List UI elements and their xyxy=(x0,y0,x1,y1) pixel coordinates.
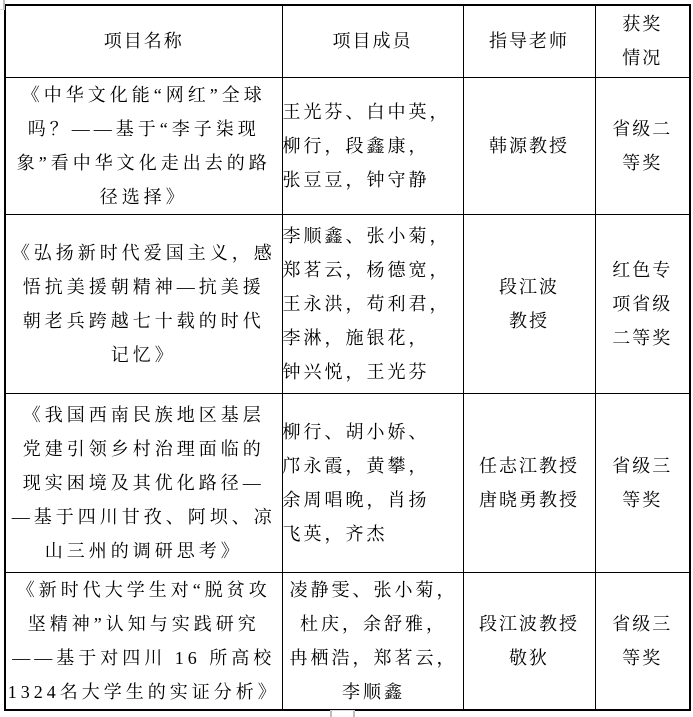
document-page: 项目名称 项目成员 指导老师 获奖 情况 《中华文化能“网红”全球 吗？——基于… xyxy=(0,0,693,717)
table-row: 《新时代大学生对“脱贫攻 坚精神”认知与实践研究 ——基于对四川 16 所高校 … xyxy=(5,572,690,710)
award-status: 省级二 等奖 xyxy=(595,77,690,214)
advisor-name: 段江波 教授 xyxy=(463,214,595,393)
header-advisor: 指导老师 xyxy=(463,5,595,77)
next-table-fragment xyxy=(330,710,355,717)
award-status: 红色专 项省级 二等奖 xyxy=(595,214,690,393)
advisor-name: 韩源教授 xyxy=(463,77,595,214)
table-header-row: 项目名称 项目成员 指导老师 获奖 情况 xyxy=(5,5,690,77)
header-project-members: 项目成员 xyxy=(282,5,463,77)
award-status: 省级三 等奖 xyxy=(595,572,690,710)
header-award-status: 获奖 情况 xyxy=(595,5,690,77)
table-row: 《弘扬新时代爱国主义，感 悟抗美援朝精神—抗美援 朝老兵跨越七十载的时代 记忆》… xyxy=(5,214,690,393)
project-title: 《中华文化能“网红”全球 吗？——基于“李子柒现 象”看中华文化走出去的路 径选… xyxy=(5,77,282,214)
award-status: 省级三 等奖 xyxy=(595,393,690,572)
header-project-name: 项目名称 xyxy=(5,5,282,77)
page-edge-artifact-top-left xyxy=(0,0,5,10)
table-row: 《中华文化能“网红”全球 吗？——基于“李子柒现 象”看中华文化走出去的路 径选… xyxy=(5,77,690,214)
project-title: 《弘扬新时代爱国主义，感 悟抗美援朝精神—抗美援 朝老兵跨越七十载的时代 记忆》 xyxy=(5,214,282,393)
project-title: 《我国西南民族地区基层 党建引领乡村治理面临的 现实困境及其优化路径— —基于四… xyxy=(5,393,282,572)
project-members: 凌静雯、张小菊， 杜庆，余舒雅， 冉栖浩，郑茗云， 李顺鑫 xyxy=(282,572,463,710)
project-members: 王光芬、白中英， 柳行，段鑫康， 张豆豆，钟守静 xyxy=(282,77,463,214)
table-row: 《我国西南民族地区基层 党建引领乡村治理面临的 现实困境及其优化路径— —基于四… xyxy=(5,393,690,572)
advisor-name: 任志江教授 唐晓勇教授 xyxy=(463,393,595,572)
project-members: 柳行、胡小娇、 邝永霞，黄攀， 余周唱晚，肖扬 飞英，齐杰 xyxy=(282,393,463,572)
project-members: 李顺鑫、张小菊， 郑茗云，杨德宽， 王永洪，苟利君， 李淋，施银花， 钟兴悦，王… xyxy=(282,214,463,393)
project-awards-table: 项目名称 项目成员 指导老师 获奖 情况 《中华文化能“网红”全球 吗？——基于… xyxy=(4,4,691,711)
project-title: 《新时代大学生对“脱贫攻 坚精神”认知与实践研究 ——基于对四川 16 所高校 … xyxy=(5,572,282,710)
advisor-name: 段江波教授 敬狄 xyxy=(463,572,595,710)
